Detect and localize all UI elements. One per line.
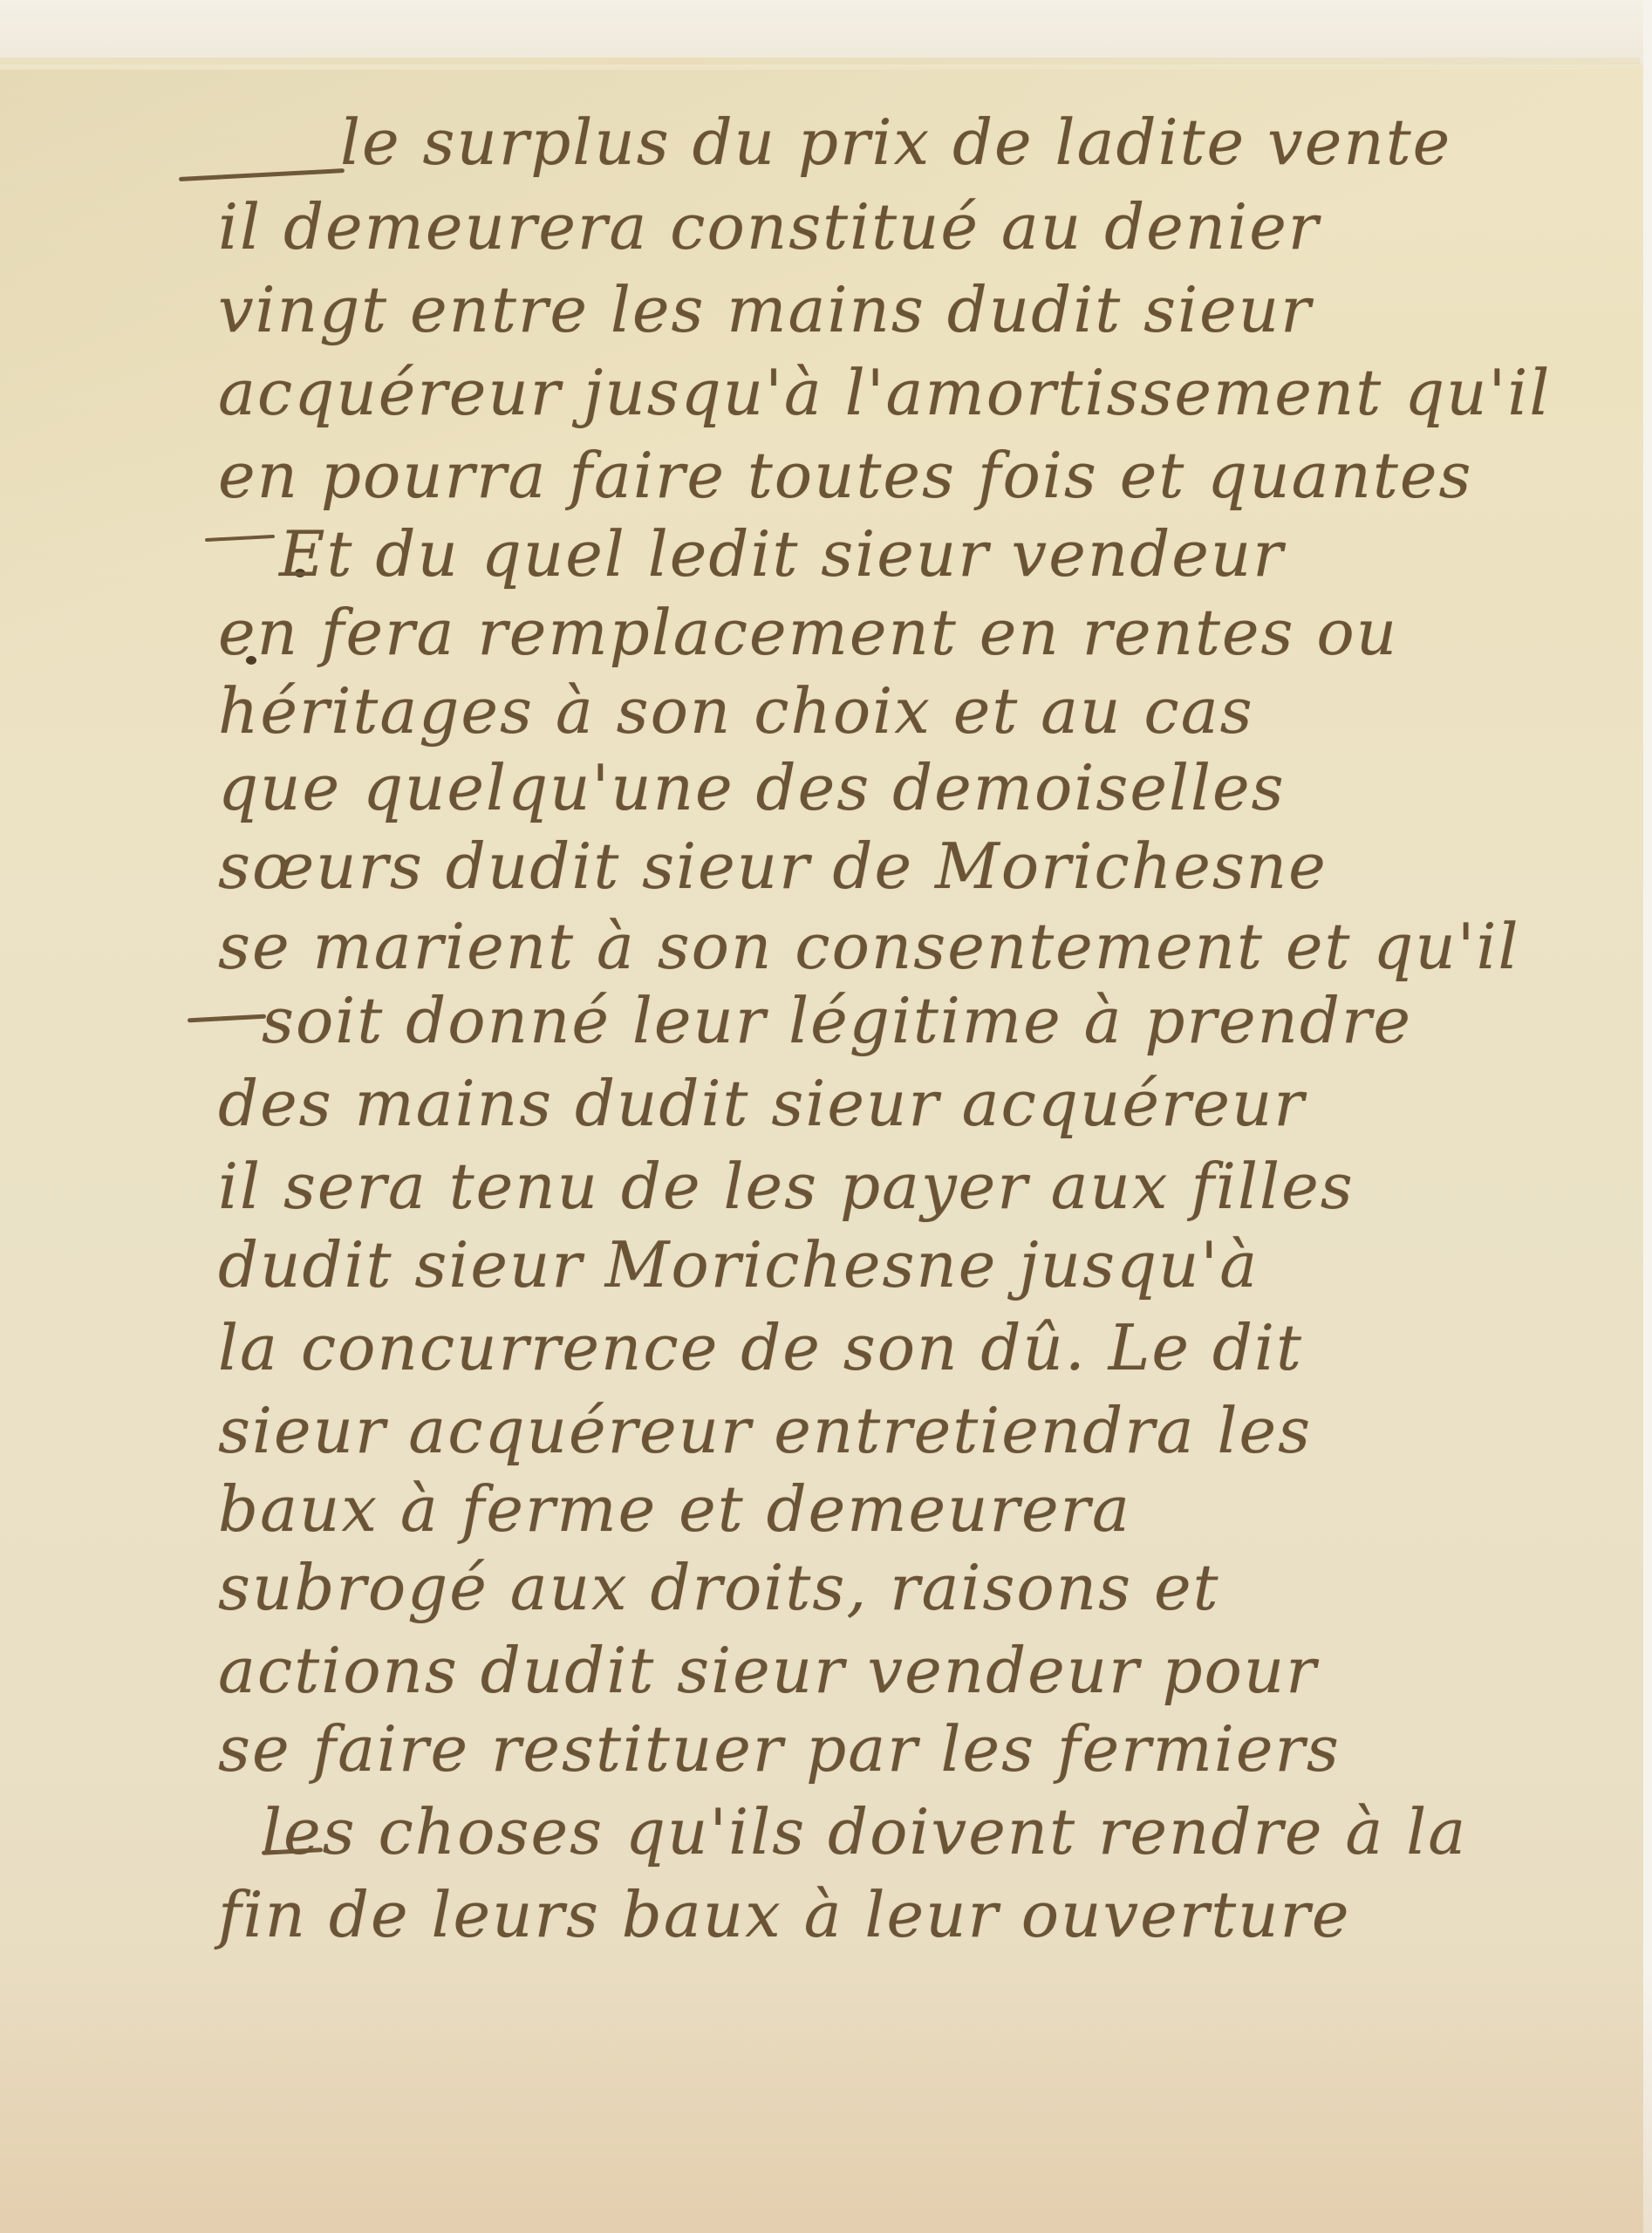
- manuscript-line: héritages à son choix et au cas: [218, 672, 1640, 750]
- manuscript-line: vingt entre les mains dudit sieur: [218, 270, 1640, 349]
- margin-dash: [188, 1014, 266, 1023]
- manuscript-line: que quelqu'une des demoiselles: [218, 748, 1640, 827]
- manuscript-line: baux à ferme et demeurera: [218, 1470, 1640, 1548]
- manuscript-line: sieur acquéreur entretiendra les: [218, 1391, 1640, 1470]
- manuscript-scan: le surplus du prix de ladite vente il de…: [0, 0, 1652, 2233]
- manuscript-line: dudit sieur Morichesne jusqu'à: [218, 1226, 1640, 1304]
- margin-dash: [205, 535, 275, 542]
- paper-stain: [0, 1971, 1652, 2233]
- manuscript-line: en fera remplacement en rentes ou: [218, 593, 1640, 672]
- manuscript-line: acquéreur jusqu'à l'amortissement qu'il: [218, 353, 1640, 432]
- manuscript-line: en pourra faire toutes fois et quantes: [218, 436, 1640, 515]
- paper-top-edge: [0, 58, 1640, 65]
- manuscript-line: se faire restituer par les fermiers: [218, 1710, 1640, 1788]
- manuscript-line: actions dudit sieur vendeur pour: [218, 1631, 1640, 1710]
- scan-background-top: [0, 0, 1652, 63]
- manuscript-line: des mains dudit sieur acquéreur: [218, 1064, 1640, 1143]
- manuscript-line: se marient à son consentement et qu'il: [218, 907, 1640, 986]
- manuscript-line: le surplus du prix de ladite vente: [340, 103, 1652, 181]
- manuscript-line: soit donné leur légitime à prendre: [262, 981, 1652, 1060]
- manuscript-line: il demeurera constitué au denier: [218, 188, 1640, 266]
- manuscript-line: fin de leurs baux à leur ouverture: [218, 1875, 1640, 1954]
- paper-right-edge: [1643, 0, 1652, 2233]
- manuscript-line: il sera tenu de les payer aux filles: [218, 1147, 1640, 1226]
- manuscript-line: Et du quel ledit sieur vendeur: [279, 515, 1652, 593]
- manuscript-line: subrogé aux droits, raisons et: [218, 1548, 1640, 1627]
- manuscript-line: la concurrence de son dû. Le dit: [218, 1308, 1640, 1387]
- manuscript-line: les choses qu'ils doivent rendre à la: [262, 1793, 1652, 1871]
- margin-dash: [179, 168, 345, 181]
- manuscript-line: sœurs dudit sieur de Morichesne: [218, 827, 1640, 905]
